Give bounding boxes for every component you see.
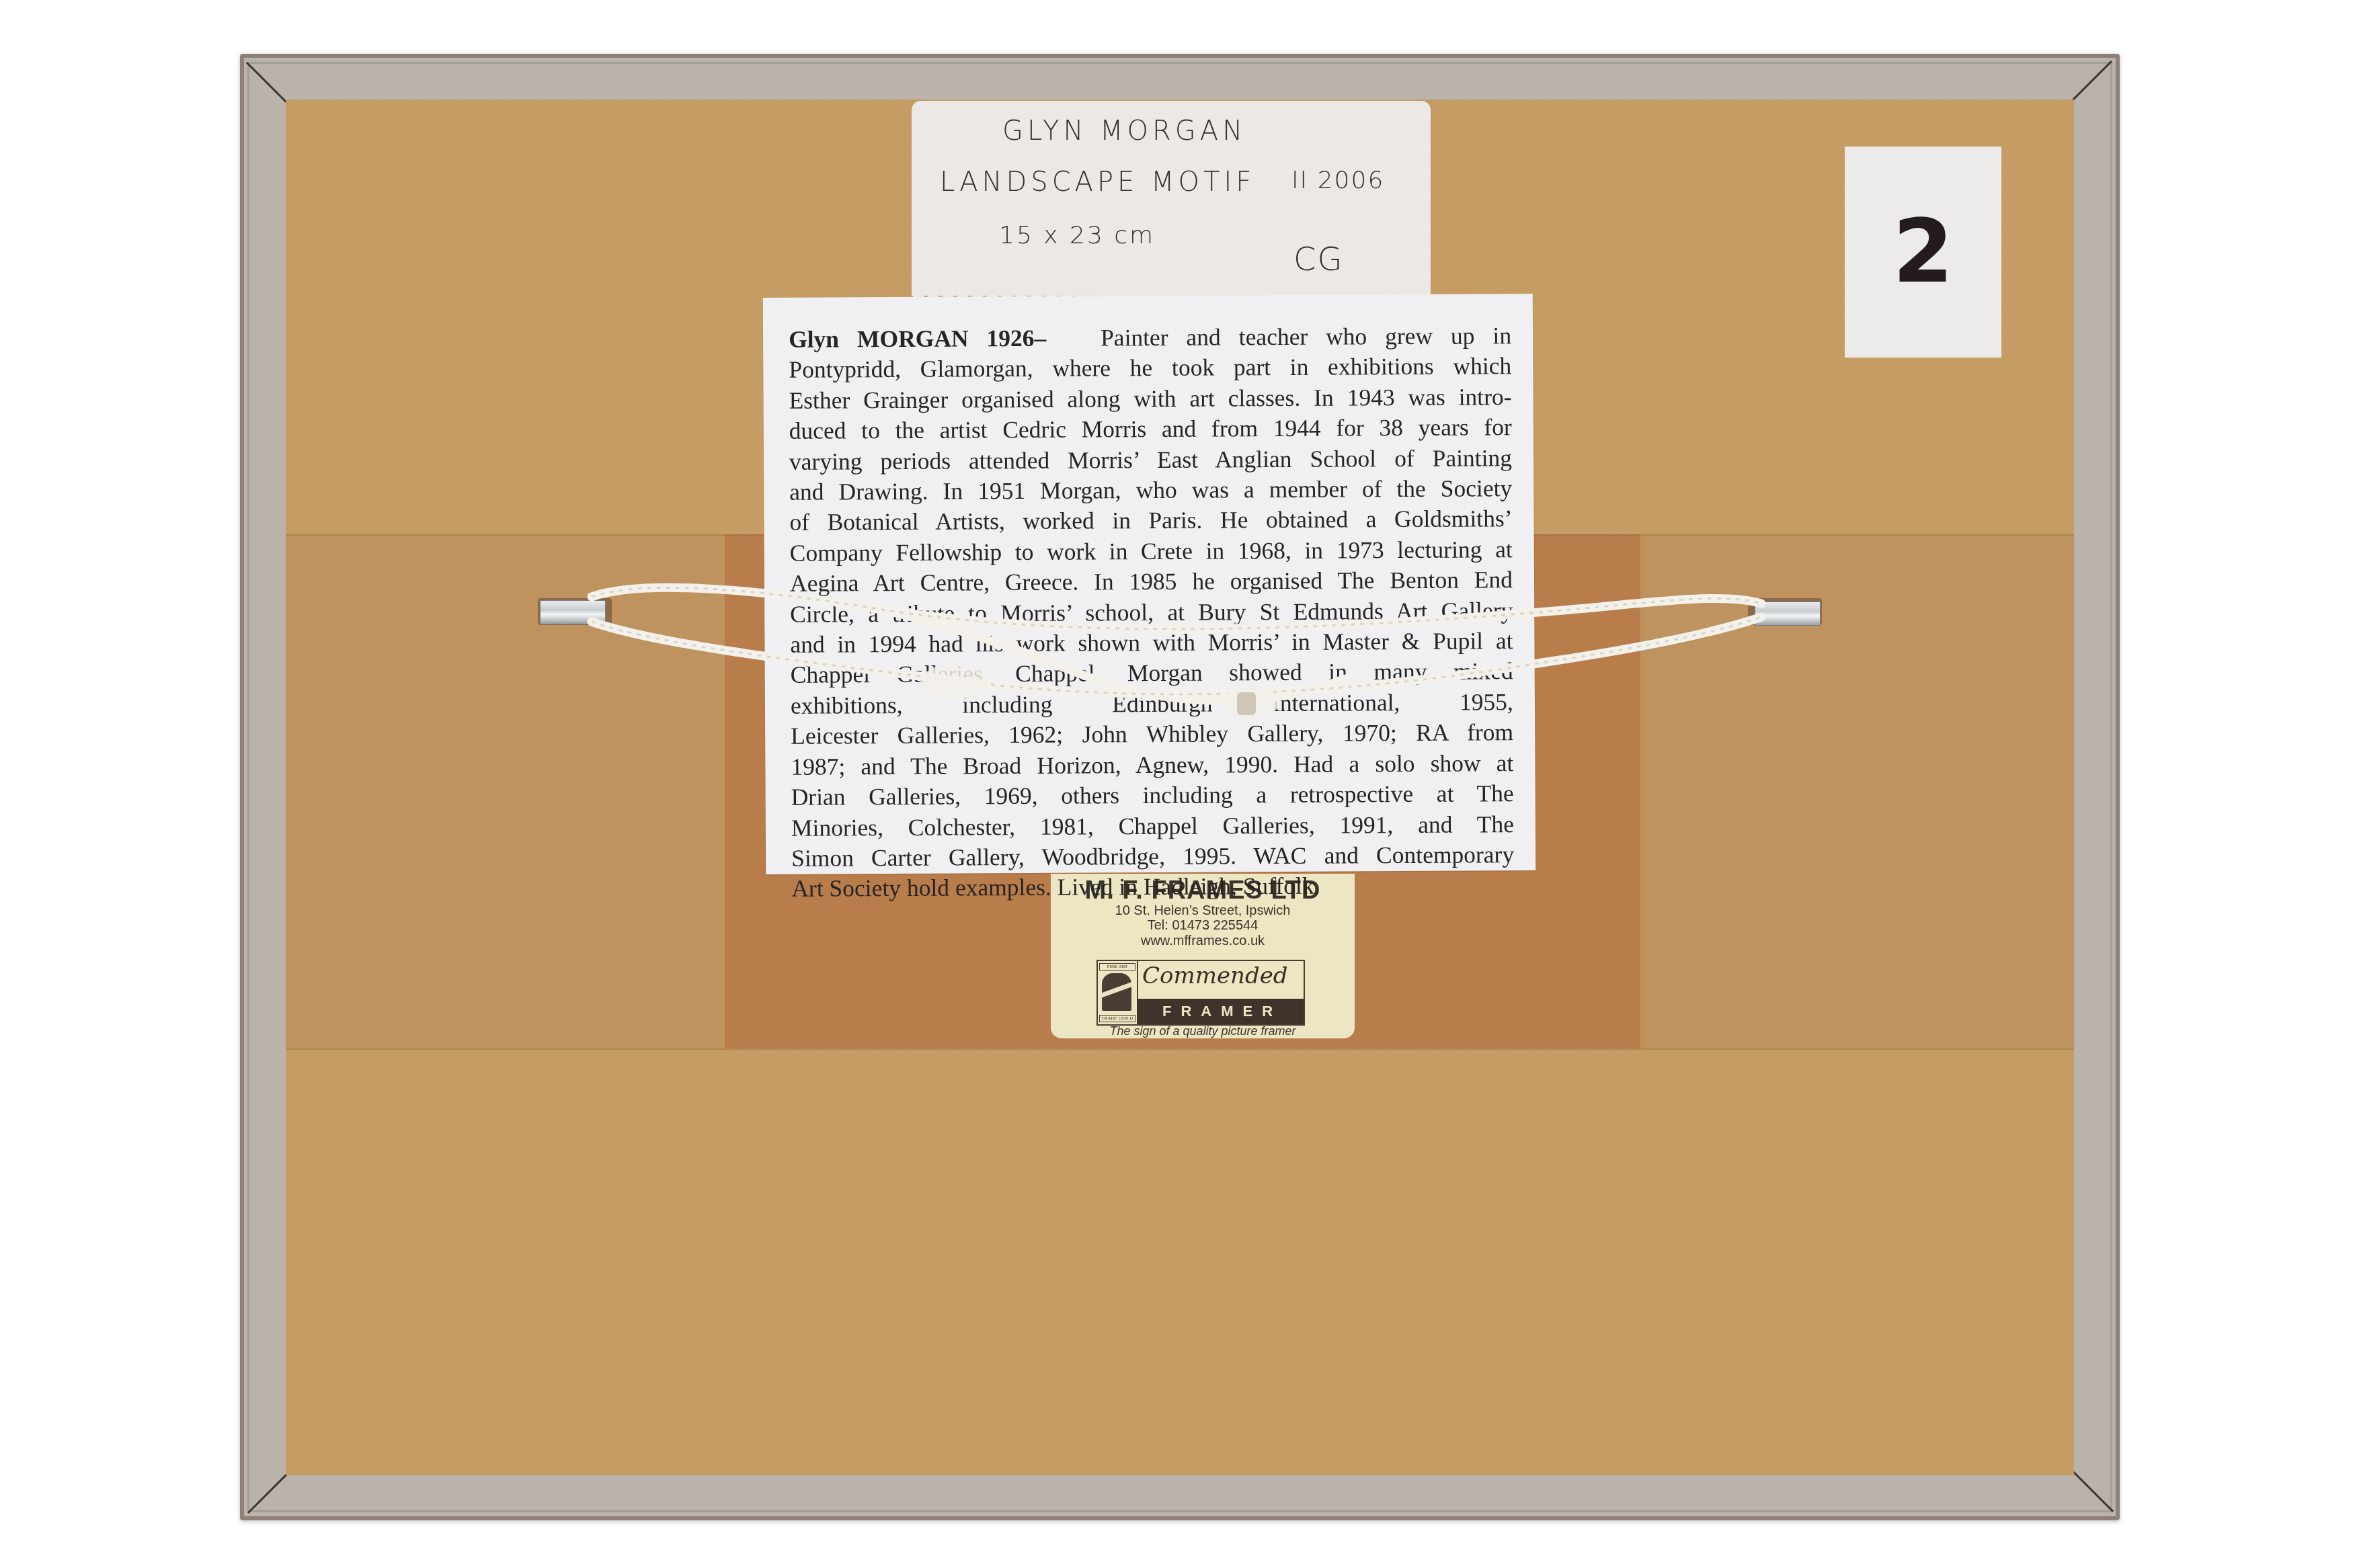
hanging-cord — [0, 0, 2353, 1568]
cord-knot-left — [921, 663, 988, 701]
